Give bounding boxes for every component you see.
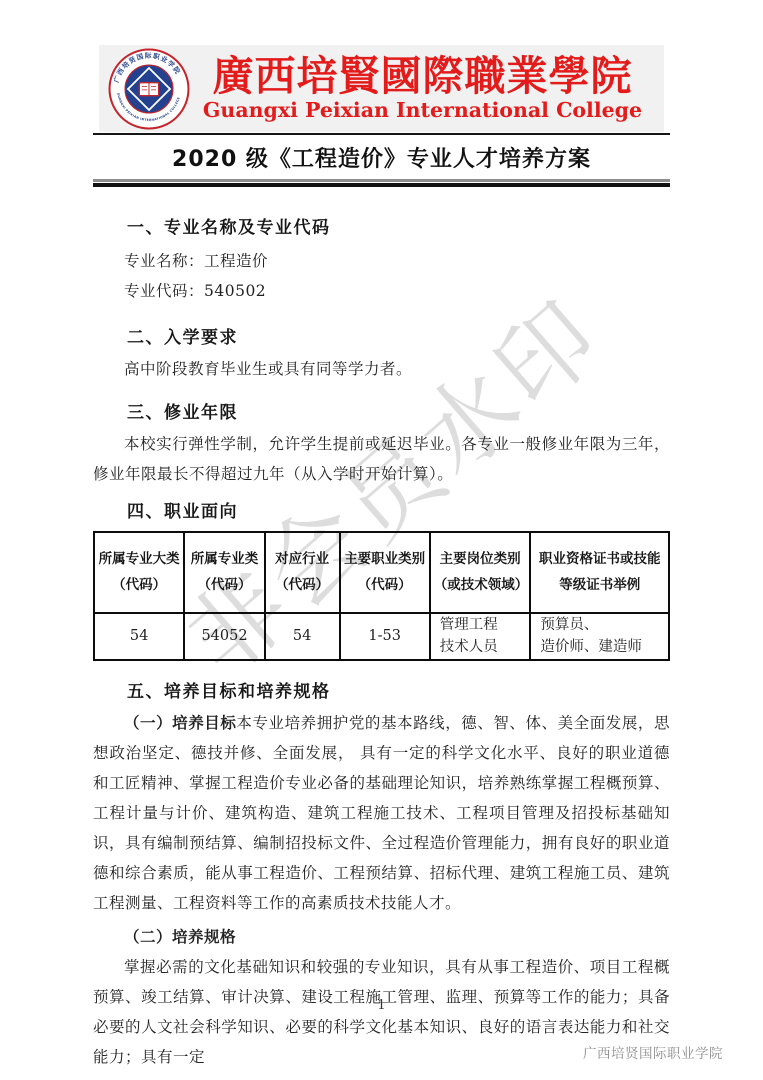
page-number: 1 xyxy=(0,998,763,1013)
table-header-row: 所属专业大类（代码） 所属专业类（代码） 对应行业（代码） 主要职业类别（代码）… xyxy=(94,532,669,613)
table-cell: 54 xyxy=(265,613,340,660)
section-4-heading: 四、职业面向 xyxy=(93,497,670,522)
document-page: 非会员水印 广西培贤国际职业学院 GUANGXI PEIXIAN INTERNA… xyxy=(0,0,763,1080)
table-header-cell: 主要岗位类别（或技术领域） xyxy=(430,532,531,613)
training-goal-label: （一）培养目标 xyxy=(124,713,236,732)
footer-college-name: 广西培贤国际职业学院 xyxy=(583,1042,723,1062)
title-rule-black xyxy=(93,183,670,187)
section-3-body: 本校实行弹性学制，允许学生提前或延迟毕业。各专业一般修业年限为三年，修业年限最长… xyxy=(93,429,670,489)
title-rule-gray xyxy=(93,179,670,182)
table-data-row: 54 54052 54 1-53 管理工程 技术人员 预算员、 造价师、建造师 xyxy=(94,613,669,660)
table-header-cell: 所属专业大类（代码） xyxy=(94,532,184,613)
college-names: 廣西培賢國際職業學院 Guangxi Peixian International… xyxy=(191,56,658,121)
section-5-heading: 五、培养目标和培养规格 xyxy=(93,677,670,702)
table-header-cell: 主要职业类别（代码） xyxy=(340,532,430,613)
training-spec-label: （二）培养规格 xyxy=(93,922,670,952)
table-header-cell: 所属专业类（代码） xyxy=(184,532,265,613)
document-title: 2020 级《工程造价》专业人才培养方案 xyxy=(93,135,670,179)
section-1-heading: 一、专业名称及专业代码 xyxy=(93,213,670,238)
table-header-cell: 对应行业（代码） xyxy=(265,532,340,613)
book-icon xyxy=(139,82,158,95)
table-cell: 预算员、 造价师、建造师 xyxy=(530,613,669,660)
table-cell: 54052 xyxy=(184,613,265,660)
section-2-body: 高中阶段教育毕业生或具有同等学力者。 xyxy=(93,354,670,384)
career-orientation-table: 所属专业大类（代码） 所属专业类（代码） 对应行业（代码） 主要职业类别（代码）… xyxy=(93,531,670,661)
training-goal-paragraph: （一）培养目标本专业培养拥护党的基本路线，德、智、体、美全面发展，思想政治坚定、… xyxy=(93,708,670,918)
table-cell: 54 xyxy=(94,613,184,660)
major-name-line: 专业名称：工程造价 xyxy=(93,246,670,276)
college-name-en: Guangxi Peixian International College xyxy=(191,100,654,121)
section-2-heading: 二、入学要求 xyxy=(93,323,670,348)
section-3-heading: 三、修业年限 xyxy=(93,398,670,423)
college-logo-icon: 广西培贤国际职业学院 GUANGXI PEIXIAN INTERNATIONAL… xyxy=(107,47,191,131)
table-cell: 管理工程 技术人员 xyxy=(430,613,531,660)
training-goal-text: 本专业培养拥护党的基本路线，德、智、体、美全面发展，思想政治坚定、德技并修、全面… xyxy=(93,714,670,912)
college-name-zh: 廣西培賢國際職業學院 xyxy=(191,56,654,97)
table-header-cell: 职业资格证书或技能等级证书举例 xyxy=(530,532,669,613)
table-cell: 1-53 xyxy=(340,613,430,660)
page-content: 广西培贤国际职业学院 GUANGXI PEIXIAN INTERNATIONAL… xyxy=(0,45,763,1072)
major-code-line: 专业代码：540502 xyxy=(93,276,670,306)
college-header: 广西培贤国际职业学院 GUANGXI PEIXIAN INTERNATIONAL… xyxy=(99,45,664,132)
